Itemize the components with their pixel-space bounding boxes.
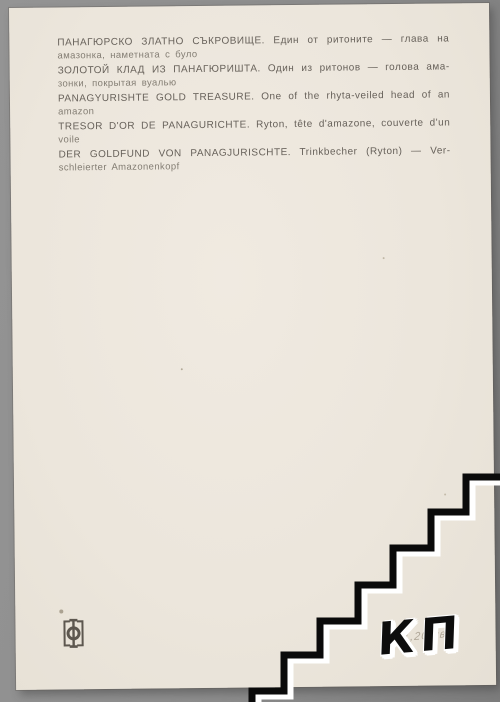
caption-english: PANAGYURISHTE GOLD TREASURE. One of the … <box>58 88 450 118</box>
caption-bulgarian: ПАНАГЮРСКО ЗЛАТНО СЪКРОВИЩЕ. Един от рит… <box>57 32 449 62</box>
caption-german: DER GOLDFUND VON PANAGJURISCHTE. Trinkbe… <box>58 144 450 174</box>
postcard-back: ПАНАГЮРСКО ЗЛАТНО СЪКРОВИЩЕ. Един от рит… <box>9 3 496 690</box>
caption-french: TRESOR D'OR DE PANAGURICHTE. Ryton, tête… <box>58 116 450 146</box>
caption-line-continuation: schleierter Amazonenkopf <box>59 157 451 174</box>
caption-line-continuation: амазонка, наметната с було <box>57 45 449 62</box>
caption-block: ПАНАГЮРСКО ЗЛАТНО СЪКРОВИЩЕ. Един от рит… <box>57 32 450 176</box>
kp-initials-watermark: КП <box>377 609 465 662</box>
caption-russian: ЗОЛОТОЙ КЛАД ИЗ ПАНАГЮРИШТА. Один из рит… <box>58 60 450 90</box>
publisher-phi-logo-icon <box>61 618 85 648</box>
scan-background: ПАНАГЮРСКО ЗЛАТНО СЪКРОВИЩЕ. Един от рит… <box>0 0 500 702</box>
caption-line-continuation: зонки, покрытая вуалью <box>58 73 450 90</box>
